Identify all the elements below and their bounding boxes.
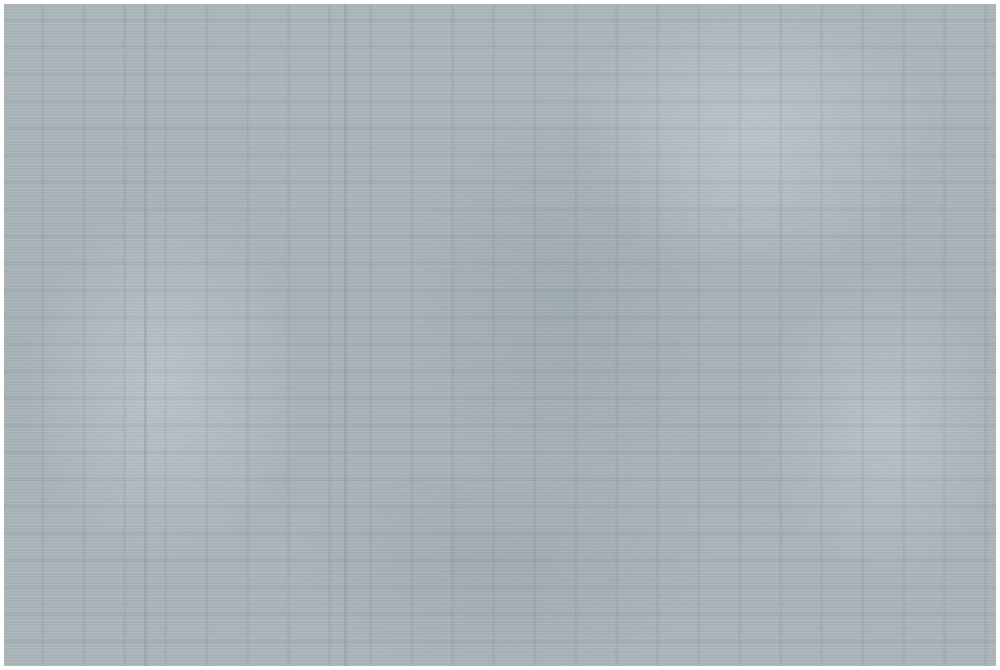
texture-weave <box>4 4 996 666</box>
texture-line <box>344 4 347 666</box>
texture-line <box>144 4 147 666</box>
rug-texture-photo <box>4 4 996 666</box>
